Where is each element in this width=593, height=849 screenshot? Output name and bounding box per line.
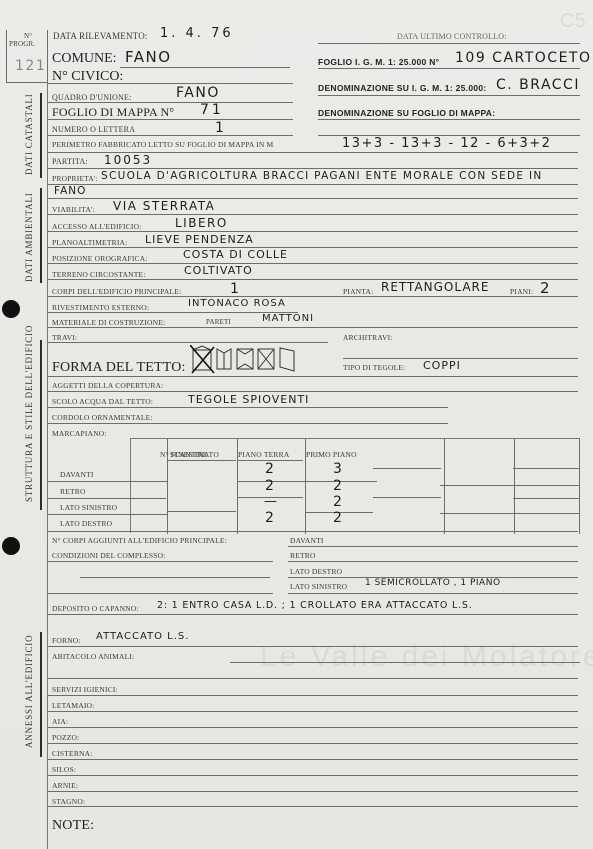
forno-label: Forno: xyxy=(52,636,81,645)
row-label-lato-destro: Lato destro xyxy=(60,519,112,528)
aggetti-label: Aggetti della copertura: xyxy=(52,381,163,390)
marcapiano-label: Marcapiano: xyxy=(52,429,107,438)
cisterna-label: Cisterna: xyxy=(52,749,93,758)
numero-value[interactable]: 1 xyxy=(215,120,225,136)
travi-label: Travi: xyxy=(52,333,77,342)
planoaltimetria-value[interactable]: LIEVE PENDENZA xyxy=(145,233,254,246)
terreno-label: Terreno circostante: xyxy=(52,270,146,279)
comune-value[interactable]: FANO xyxy=(125,48,172,66)
foglio-igm-label: FOGLIO I. G. M. 1: 25.000 N° xyxy=(318,57,439,67)
tipo-tegole-value[interactable]: COPPI xyxy=(423,359,461,372)
roof-capanna-icon[interactable] xyxy=(217,349,231,369)
architravi-label: Architravi: xyxy=(343,333,393,342)
quadro-value[interactable]: FANO xyxy=(176,85,220,101)
row-label-retro: Retro xyxy=(60,487,86,496)
materiale-label: Materiale di costruzione: xyxy=(52,318,165,327)
materiale-value[interactable]: MATTONI xyxy=(262,313,314,324)
corpi-aggiunti-label: N° corpi aggiunti all'edificio principal… xyxy=(52,536,227,545)
note-label: Note: xyxy=(52,818,94,834)
pareti-label: Pareti xyxy=(206,318,231,326)
progr-value[interactable]: 121 xyxy=(15,58,46,74)
planoaltimetria-label: Planoaltimetria: xyxy=(52,238,127,247)
side-label-struttura: Struttura e stile dell'edificio xyxy=(24,325,34,502)
lato-sinistro-primo-piano[interactable]: 2 xyxy=(333,494,343,510)
numero-label: Numero o lettera xyxy=(52,125,135,134)
arnie-label: Arnie: xyxy=(52,781,78,790)
roof-padiglione-chiuso-icon[interactable] xyxy=(258,349,274,369)
row-label-lato-sinistro: Lato sinistro xyxy=(60,503,117,512)
pozzo-label: Pozzo: xyxy=(52,733,79,742)
progr-label: PROGR. xyxy=(9,40,35,48)
proprieta-label: Proprieta': xyxy=(52,174,98,183)
piani-label: Piani: xyxy=(510,287,533,296)
davanti-primo-piano[interactable]: 3 xyxy=(333,461,343,477)
condizioni-label: Condizioni del complesso: xyxy=(52,551,165,560)
viabilita-label: Viabilita': xyxy=(52,205,95,214)
lato-destro-primo-piano[interactable]: 2 xyxy=(333,510,343,526)
retro-primo-piano[interactable]: 2 xyxy=(333,478,343,494)
brace-catastali xyxy=(40,93,42,178)
servizi-label: Servizi igienici: xyxy=(52,685,118,694)
pianta-label: Pianta: xyxy=(343,287,373,296)
side-label-ambientali: Dati ambientali xyxy=(24,192,34,282)
aggiunti-lato-destro-label: Lato destro xyxy=(290,567,342,576)
denominazione-igm-label: DENOMINAZIONE SU I. G. M. 1: 25.000: xyxy=(318,83,487,93)
deposito-value[interactable]: 2: 1 ENTRO CASA L.D. ; 1 CROLLATO ERA AT… xyxy=(157,600,473,611)
cordolo-label: Cordolo ornamentale: xyxy=(52,413,153,422)
aggiunti-davanti-label: Davanti xyxy=(290,536,324,545)
corner-mark: C5 xyxy=(560,10,586,33)
rivestimento-value[interactable]: INTONACO ROSA xyxy=(188,298,286,309)
accesso-value[interactable]: LIBERO xyxy=(175,216,228,230)
proprieta-value[interactable]: SCUOLA D'AGRICOLTURA BRACCI PAGANI ENTE … xyxy=(101,170,543,182)
binder-hole-bottom xyxy=(2,537,20,555)
proprieta-value-2[interactable]: FANO xyxy=(54,185,86,197)
accesso-label: Accesso all'edificio: xyxy=(52,222,142,231)
posizione-value[interactable]: COSTA DI COLLE xyxy=(183,248,288,261)
foglio-mappa-value[interactable]: 71 xyxy=(200,102,224,118)
perimetro-label: Perimetro fabbricato letto su foglio di … xyxy=(52,140,273,149)
stagno-label: Stagno: xyxy=(52,797,85,806)
partita-label: Partita: xyxy=(52,157,88,166)
roof-padiglione-icon[interactable] xyxy=(190,345,214,373)
binder-hole-top xyxy=(2,300,20,318)
deposito-label: Deposito o capanno: xyxy=(52,604,139,613)
posizione-label: Posizione orografica: xyxy=(52,254,148,263)
perimetro-value[interactable]: 13+3 - 13+3 - 12 - 6+3+2 xyxy=(342,136,551,151)
quadro-label: Quadro d'unione: xyxy=(52,93,132,102)
progr-box-left xyxy=(6,30,7,82)
silos-label: Silos: xyxy=(52,765,76,774)
terreno-value[interactable]: COLTIVATO xyxy=(184,264,253,277)
viabilita-value[interactable]: VIA STERRATA xyxy=(113,199,215,213)
table-header-piano-terra: Piano terra xyxy=(238,450,289,459)
lato-destro-piano-terra[interactable]: 2 xyxy=(265,510,275,526)
denominazione-igm-value[interactable]: C. BRACCI xyxy=(496,77,580,93)
foglio-igm-value[interactable]: 109 CARTOCETO xyxy=(455,50,592,66)
davanti-piano-terra[interactable]: 2 xyxy=(265,461,275,477)
side-label-annessi: Annessi all'edificio xyxy=(24,635,34,748)
progr-box-right xyxy=(47,30,48,82)
pianta-value[interactable]: RETTANGOLARE xyxy=(381,280,489,294)
row-label-davanti: Davanti xyxy=(60,470,94,479)
table-header-scantinato: Scantinato xyxy=(170,450,219,459)
retro-piano-terra[interactable]: 2 xyxy=(265,478,275,494)
aggiunti-lato-sinistro-value[interactable]: 1 SEMICROLLATO , 1 PIANO xyxy=(365,578,501,588)
corpi-value[interactable]: 1 xyxy=(230,281,240,297)
brace-ambientali xyxy=(40,188,42,283)
aggiunti-lato-sinistro-label: Lato sinistro xyxy=(290,582,347,591)
forma-tetto-label: Forma del tetto: xyxy=(52,360,186,376)
corpi-label: Corpi dell'edificio principale: xyxy=(52,287,181,296)
comune-label: Comune: xyxy=(52,51,117,67)
side-label-catastali: Dati catastali xyxy=(24,93,34,175)
denominazione-foglio-label: DENOMINAZIONE SU FOGLIO DI MAPPA: xyxy=(318,108,495,118)
aia-label: Aia: xyxy=(52,717,68,726)
roof-capanna-chiusa-icon[interactable] xyxy=(237,349,253,369)
partita-value[interactable]: 10053 xyxy=(104,153,152,167)
roof-falda-unica-icon[interactable] xyxy=(280,348,294,371)
scolo-value[interactable]: TEGOLE SPIOVENTI xyxy=(188,393,309,406)
scolo-label: Scolo acqua dal tetto: xyxy=(52,397,153,406)
piani-value[interactable]: 2 xyxy=(540,279,551,297)
tipo-tegole-label: Tipo di tegole: xyxy=(343,363,405,372)
brace-annessi xyxy=(40,632,42,757)
survey-form-page: Le Valle dei Molatore C5 N° PROGR. 121 D… xyxy=(0,0,593,849)
progr-label-n: N° xyxy=(24,32,32,40)
data-rilevamento-value[interactable]: 1. 4. 76 xyxy=(160,26,234,41)
table-header-primo-piano: Primo piano xyxy=(306,450,357,459)
roof-shape-options xyxy=(190,345,300,375)
aggiunti-retro-label: Retro xyxy=(290,551,316,560)
brace-struttura xyxy=(40,340,42,510)
letamaio-label: Letamaio: xyxy=(52,701,94,710)
rivestimento-label: Rivestimento esterno: xyxy=(52,303,149,312)
data-ultimo-controllo-label: Data ultimo controllo: xyxy=(397,32,507,41)
progr-box-bottom xyxy=(6,82,48,83)
abitacolo-label: Abitacolo animali: xyxy=(52,652,134,661)
foglio-mappa-label: Foglio di mappa N° xyxy=(52,105,174,120)
lato-sinistro-piano-terra[interactable]: — xyxy=(264,494,279,509)
data-rilevamento-label: Data rilevamento: xyxy=(53,31,148,41)
forno-value[interactable]: ATTACCATO L.S. xyxy=(96,631,189,642)
